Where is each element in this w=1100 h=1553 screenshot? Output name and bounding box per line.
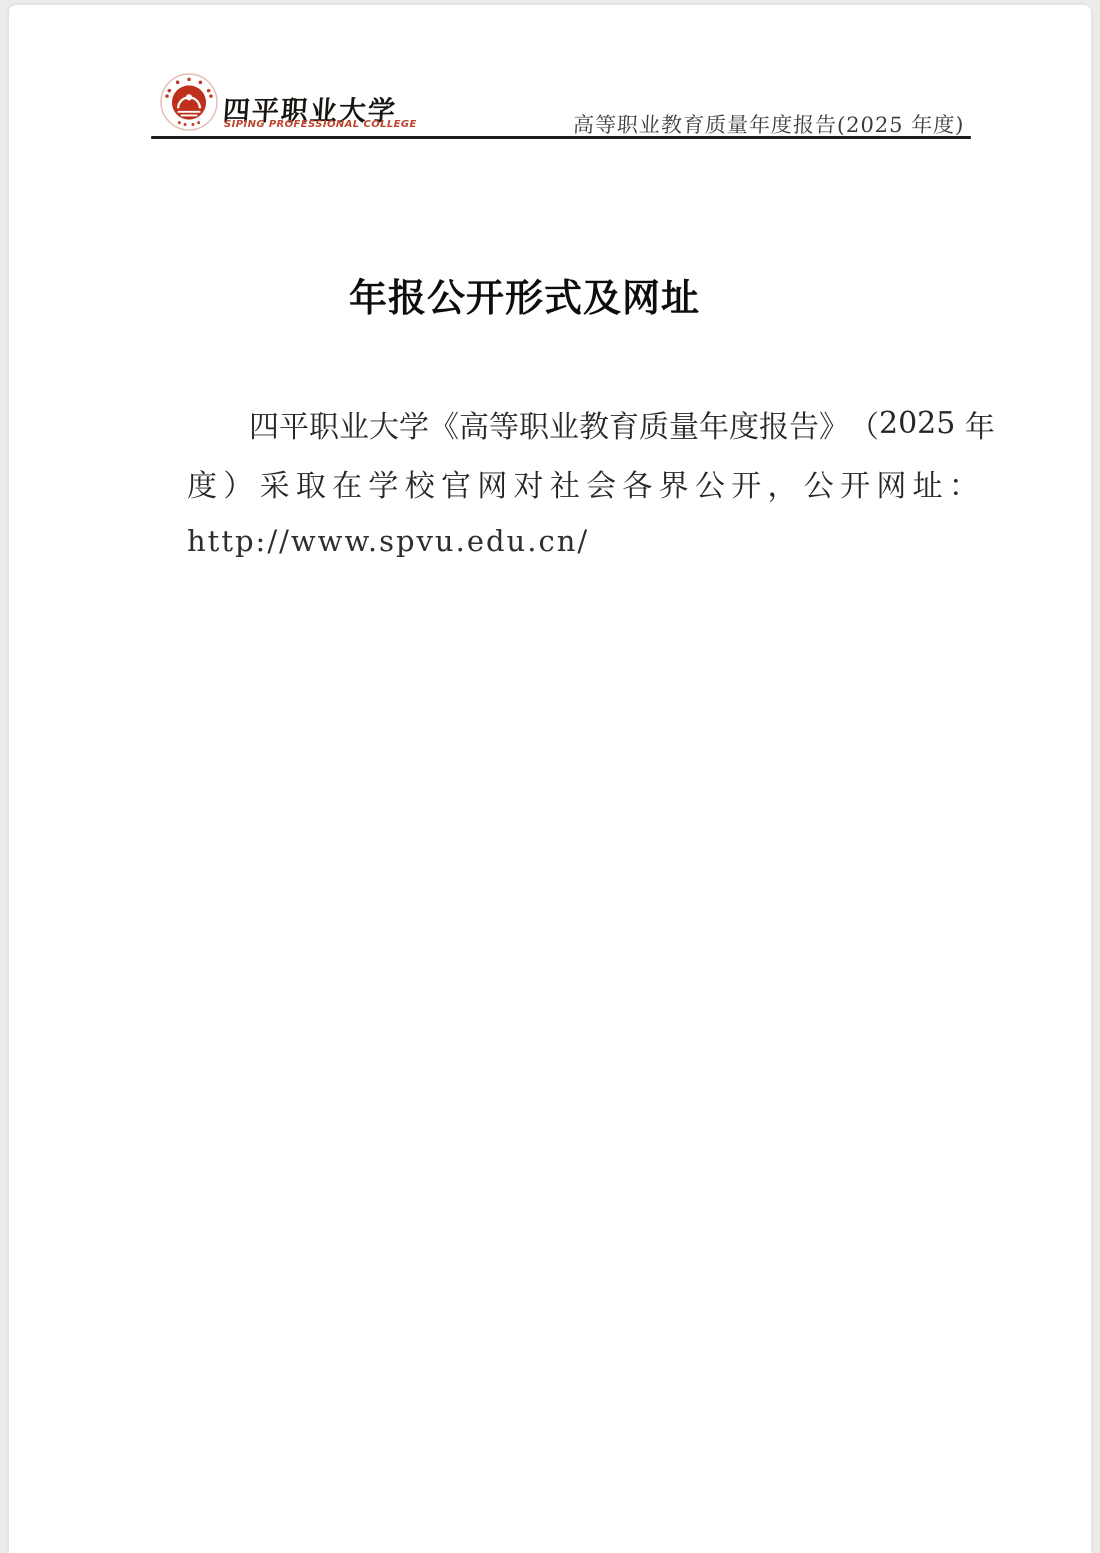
report-url-link[interactable]: http://www.spvu.edu.cn/ <box>187 512 979 571</box>
report-page: 四平职业大学 SIPING PROFESSIONAL COLLEGE 高等职业教… <box>9 5 1091 1553</box>
college-name-en: SIPING PROFESSIONAL COLLEGE <box>224 119 417 130</box>
header-divider <box>151 136 971 139</box>
paragraph-line-1: 四平职业大学《高等职业教育质量年度报告》（2025 年 <box>187 394 979 453</box>
header-report-label: 高等职业教育质量年度报告(2025 年度) <box>573 109 966 139</box>
college-emblem-icon <box>160 73 218 131</box>
document-viewer: { "header": { "logo": { "name_cn": "四平职业… <box>0 0 1100 1553</box>
paragraph-line-2: 度）采取在学校官网对社会各界公开，公开网址： <box>187 453 979 512</box>
section-title: 年报公开形式及网址 <box>349 267 700 322</box>
body-paragraph: 四平职业大学《高等职业教育质量年度报告》（2025 年 度）采取在学校官网对社会… <box>187 394 979 571</box>
